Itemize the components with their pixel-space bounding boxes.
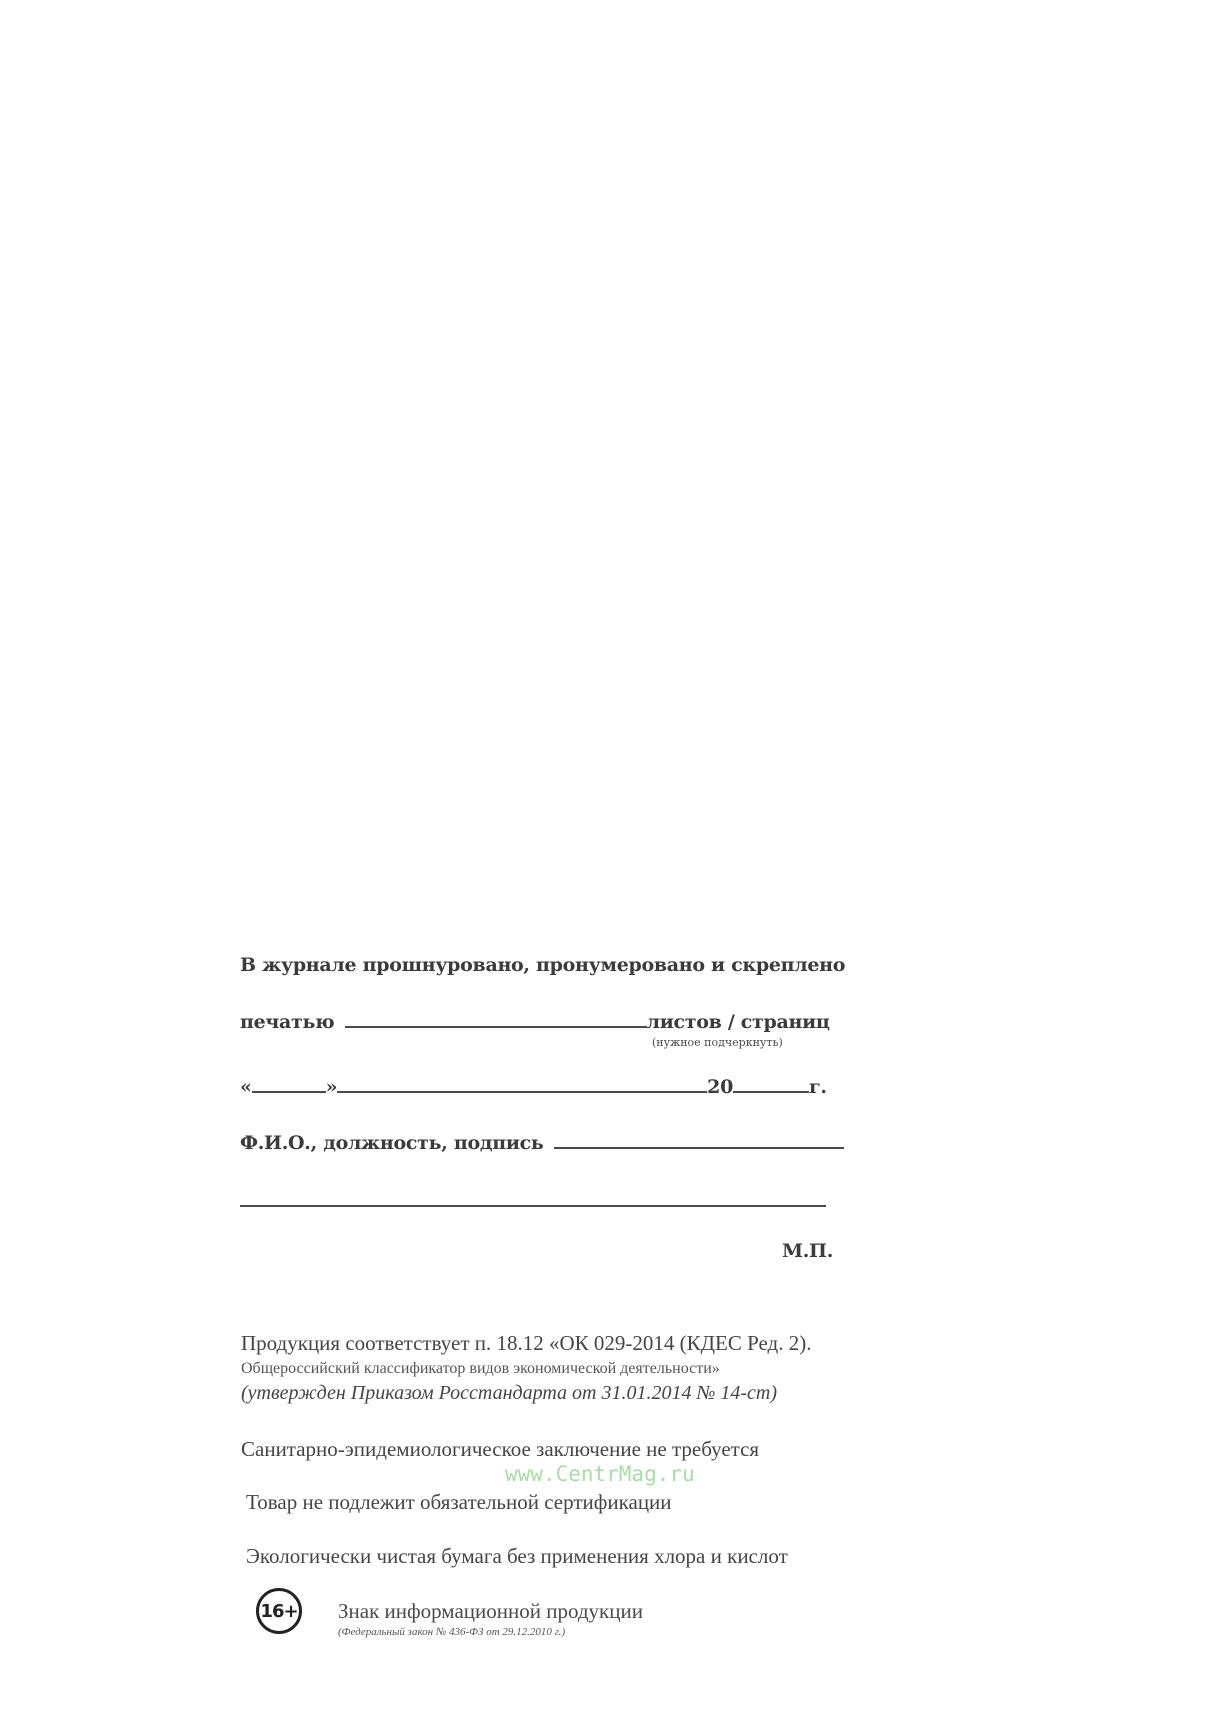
stamp-label: М.П. [782, 1240, 833, 1262]
month-blank[interactable] [337, 1090, 707, 1093]
date-close-quote: » [326, 1076, 338, 1098]
compliance-line-1: Продукция соответствует п. 18.12 «ОК 029… [241, 1331, 811, 1356]
signature-extra-line[interactable] [240, 1205, 826, 1207]
sanitary-note: Санитарно-эпидемиологическое заключение … [241, 1437, 759, 1462]
info-product-sign-title: Знак информационной продукции [338, 1599, 643, 1624]
compliance-line-3: (утвержден Приказом Росстандарта от 31.0… [241, 1382, 777, 1405]
sheets-suffix: листов / страниц [647, 1011, 830, 1033]
sheets-count-blank[interactable] [345, 1025, 647, 1028]
signature-label: Ф.И.О., должность, подпись [240, 1132, 543, 1154]
certification-note: Товар не подлежит обязательной сертифика… [246, 1490, 672, 1515]
signature-blank[interactable] [554, 1146, 844, 1149]
certification-line-1: В журнале прошнуровано, пронумеровано и … [240, 954, 845, 976]
info-product-law: (Федеральный закон № 436-ФЗ от 29.12.201… [338, 1626, 565, 1638]
day-blank[interactable] [252, 1090, 326, 1093]
compliance-line-2: Общероссийский классификатор видов эконо… [241, 1360, 720, 1378]
year-blank[interactable] [733, 1090, 809, 1093]
underline-note: (нужное подчеркнуть) [652, 1036, 783, 1049]
eco-note: Экологически чистая бумага без применени… [246, 1544, 788, 1569]
date-row: «»20г. [240, 1076, 827, 1098]
sheets-prefix: печатью [240, 1011, 334, 1033]
watermark: www.CentrMag.ru [505, 1462, 695, 1486]
sheets-count-row: печатью листов / страниц [240, 1011, 830, 1033]
date-open-quote: « [240, 1076, 252, 1098]
age-rating-16-icon: 16+ [256, 1588, 302, 1634]
year-prefix: 20 [707, 1076, 733, 1098]
year-suffix: г. [809, 1076, 827, 1098]
signature-row: Ф.И.О., должность, подпись [240, 1132, 844, 1154]
